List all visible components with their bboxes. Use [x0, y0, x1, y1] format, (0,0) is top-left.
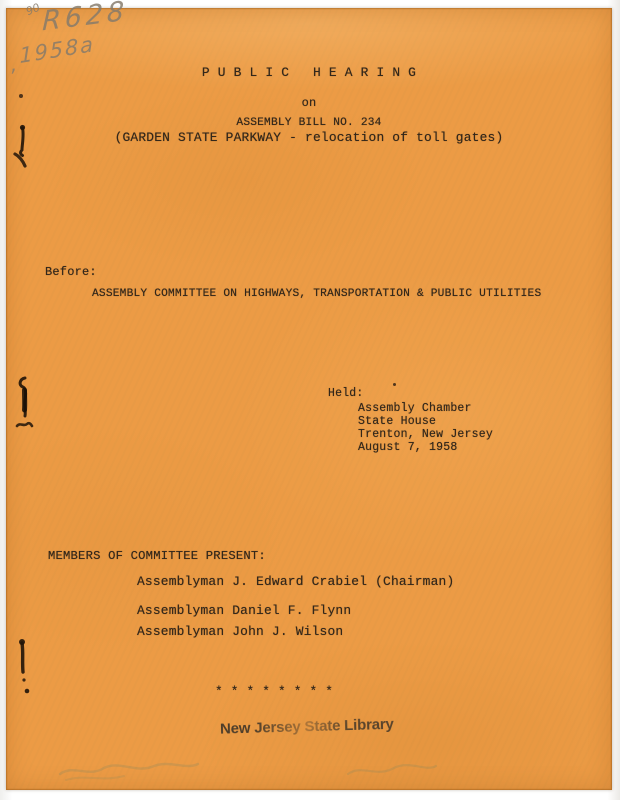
ink-speck	[19, 94, 23, 98]
before-label: Before:	[45, 265, 97, 279]
member-name: Assemblyman John J. Wilson	[137, 624, 343, 639]
asterisk-separator: * * * * * * * *	[215, 684, 333, 699]
held-venue-line: Assembly Chamber	[358, 402, 493, 415]
held-date-line: August 7, 1958	[358, 441, 493, 454]
page-title: P U B L I C H E A R I N G	[6, 65, 612, 80]
committee-name: ASSEMBLY COMMITTEE ON HIGHWAYS, TRANSPOR…	[92, 288, 541, 300]
pencil-call-number: R628	[42, 0, 129, 37]
held-label: Held:	[328, 387, 364, 400]
library-stamp: New Jersey State Library	[220, 715, 410, 737]
held-building-line: State House	[358, 415, 493, 428]
bill-subtitle: (GARDEN STATE PARKWAY - relocation of to…	[6, 130, 612, 145]
members-heading: MEMBERS OF COMMITTEE PRESENT:	[48, 549, 266, 563]
member-name: Assemblyman J. Edward Crabiel (Chairman)	[137, 574, 454, 589]
faint-pencil-smudge	[342, 756, 442, 784]
pencil-year-label: 1958a	[19, 32, 95, 68]
pencil-note: 90	[24, 1, 42, 18]
held-city-line: Trenton, New Jersey	[358, 428, 493, 441]
document-paper: 90 R628 , 1958a P U B L I C H E A R I N …	[6, 8, 612, 790]
binding-mark	[13, 374, 35, 436]
member-name: Assemblyman Daniel F. Flynn	[137, 603, 351, 618]
ink-speck	[393, 383, 396, 386]
binding-mark	[11, 150, 29, 172]
held-details: Assembly Chamber State House Trenton, Ne…	[358, 402, 493, 454]
binding-mark	[15, 636, 35, 698]
bill-number-line: ASSEMBLY BILL NO. 234	[6, 117, 612, 129]
scanned-page-background: 90 R628 , 1958a P U B L I C H E A R I N …	[0, 0, 620, 800]
title-connector: on	[6, 96, 612, 110]
faint-pencil-smudge	[54, 750, 204, 784]
